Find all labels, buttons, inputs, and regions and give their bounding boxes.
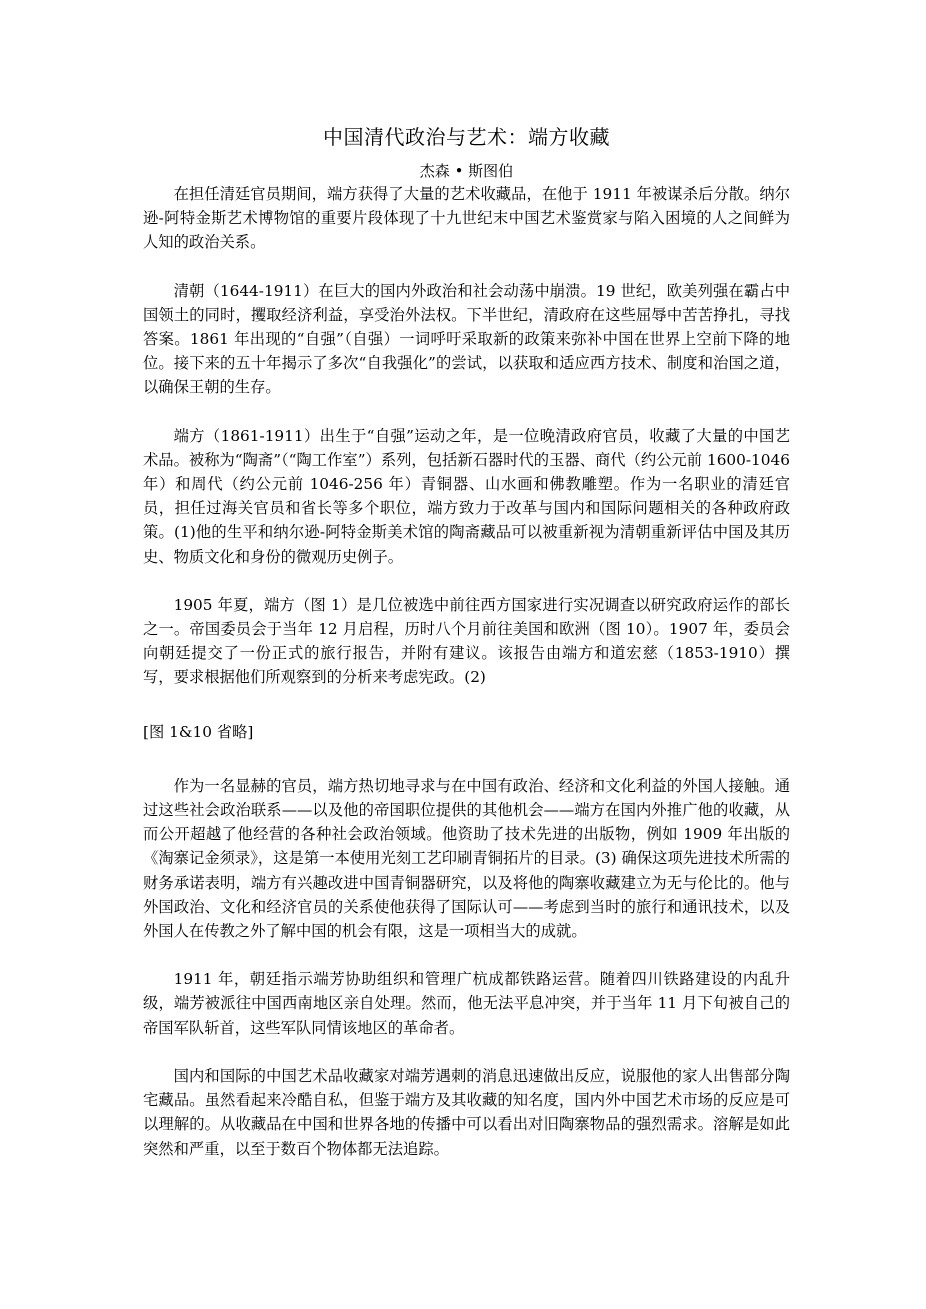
paragraph-duanfang-bio: 端方（1861-1911）出生于“自强”运动之年，是一位晚清政府官员，收藏了大量…	[143, 424, 790, 569]
paragraph-spacer	[143, 255, 790, 279]
paragraph-spacer	[143, 1040, 790, 1064]
paragraph-spacer	[143, 744, 790, 774]
document-page: 中国清代政治与艺术：端方收藏 杰森 • 斯图伯 在担任清廷官员期间，端方获得了大…	[143, 122, 790, 1161]
document-title: 中国清代政治与艺术：端方收藏	[143, 122, 790, 152]
paragraph-spacer	[143, 569, 790, 593]
paragraph-1905-mission: 1905 年夏，端方（图 1）是几位被选中前往西方国家进行实况调查以研究政府运作…	[143, 593, 790, 690]
paragraph-1911-railway: 1911 年，朝廷指示端芳协助组织和管理广杭成都铁路运营。随着四川铁路建设的内乱…	[143, 967, 790, 1040]
paragraph-spacer	[143, 400, 790, 424]
paragraph-foreign-contacts: 作为一名显赫的官员，端方热切地寻求与在中国有政治、经济和文化利益的外国人接触。通…	[143, 774, 790, 943]
paragraph-collection-dispersal: 国内和国际的中国艺术品收藏家对端芳遇刺的消息迅速做出反应，说服他的家人出售部分陶…	[143, 1064, 790, 1161]
paragraph-qing-dynasty: 清朝（1644-1911）在巨大的国内外政治和社会动荡中崩溃。19 世纪，欧美列…	[143, 279, 790, 400]
paragraph-spacer	[143, 943, 790, 967]
paragraph-intro: 在担任清廷官员期间，端方获得了大量的艺术收藏品，在他于 1911 年被谋杀后分散…	[143, 182, 790, 255]
paragraph-spacer	[143, 690, 790, 720]
author-name: 杰森 • 斯图伯	[143, 160, 790, 182]
figure-omitted-note: [图 1&10 省略]	[143, 720, 790, 744]
